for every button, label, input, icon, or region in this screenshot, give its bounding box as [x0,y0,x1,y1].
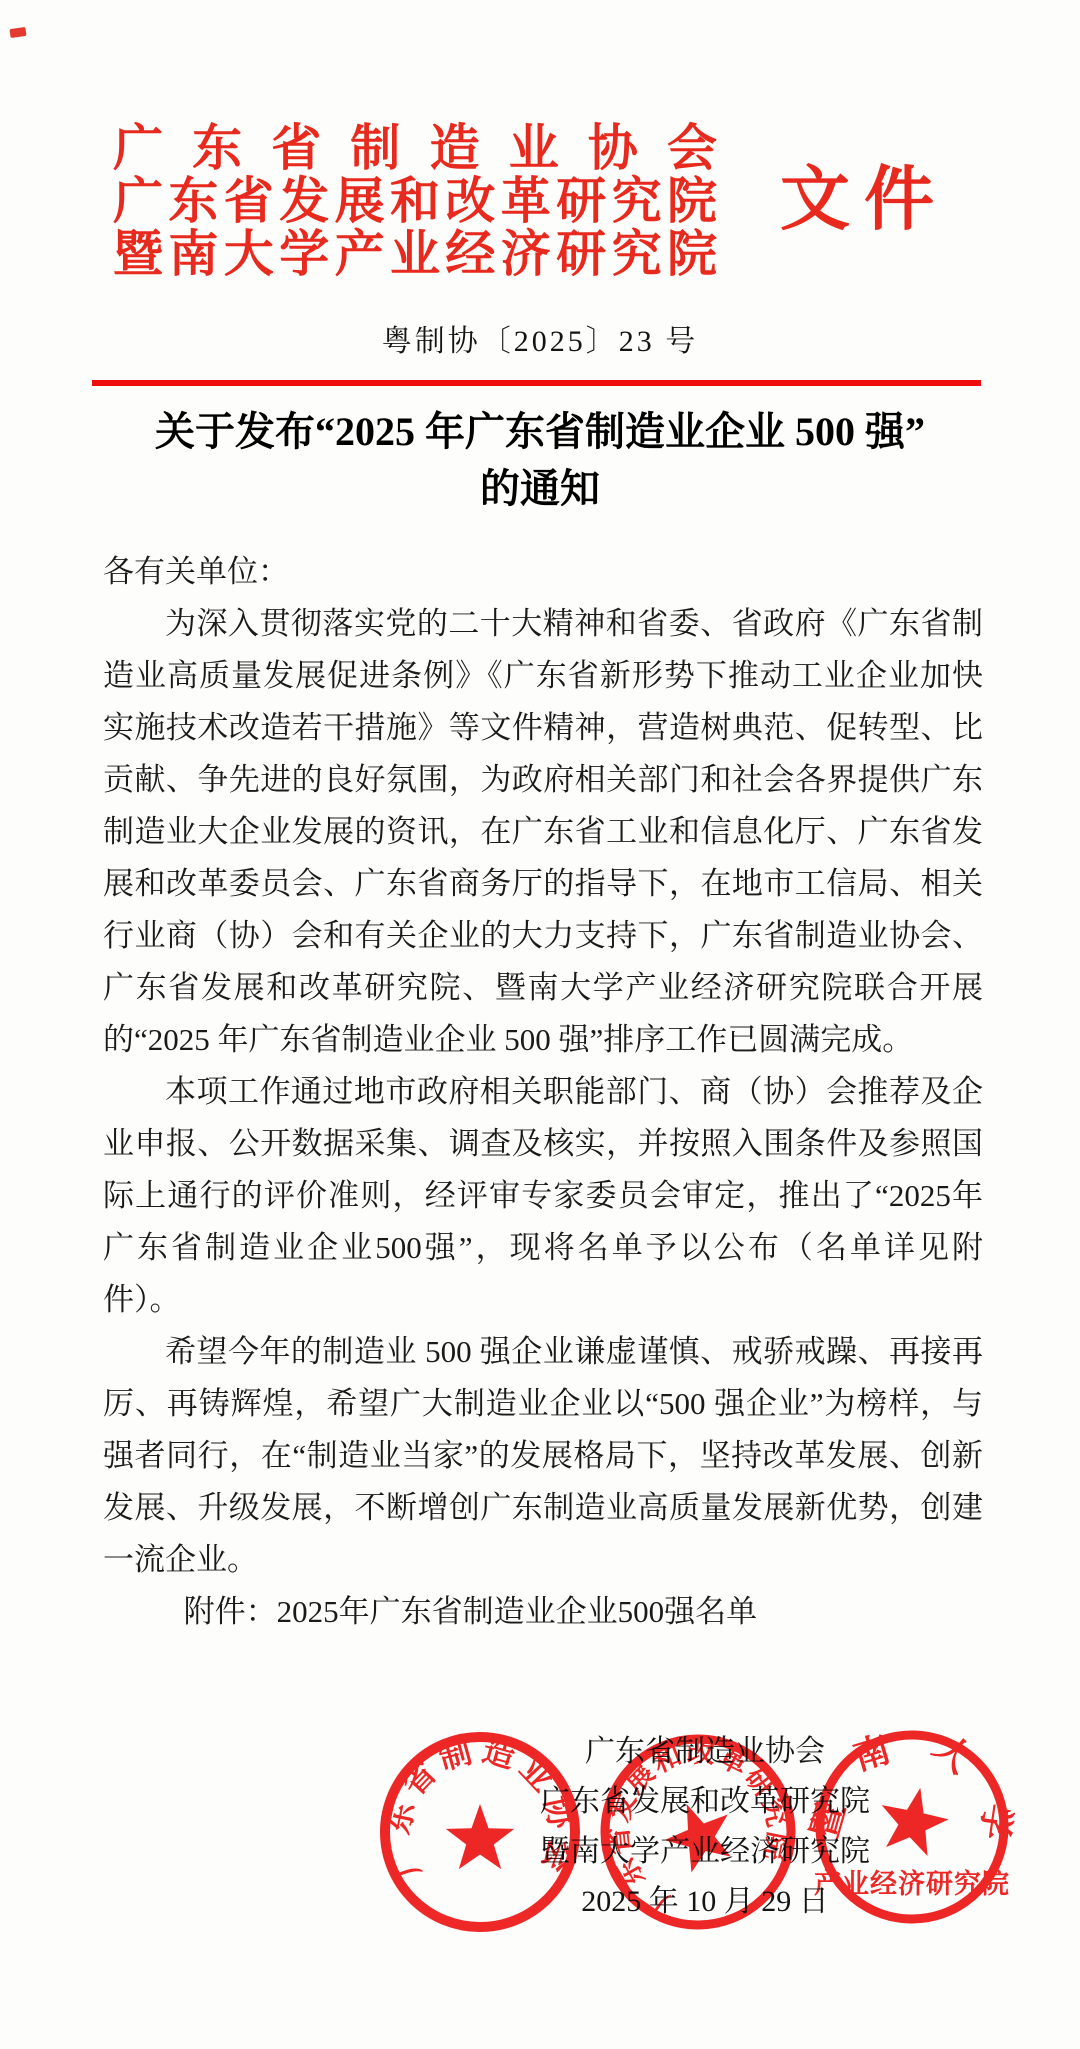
document-title: 关于发布“2025 年广东省制造业企业 500 强” 的通知 [0,403,1080,517]
salutation: 各有关单位： [103,546,983,598]
letterhead-org-3: 暨南大学产业经济研究院 [113,228,717,281]
letterhead: 广东省制造业协会 广东省发展和改革研究院 暨南大学产业经济研究院 [113,122,717,281]
paragraph-1: 为深入贯彻落实党的二十大精神和省委、省政府《广东省制造业高质量发展促进条例》《广… [103,598,983,1066]
document-title-line2: 的通知 [0,460,1080,517]
seal-star-icon [873,1781,953,1859]
seal-star-icon [446,1804,514,1869]
document-title-line1: 关于发布“2025 年广东省制造业企业 500 强” [0,403,1080,460]
letterhead-document-label: 文件 [780,156,1000,246]
scan-artifact [9,27,26,38]
document-body: 各有关单位： 为深入贯彻落实党的二十大精神和省委、省政府《广东省制造业高质量发展… [103,546,983,1638]
signature-org-1: 广东省制造业协会 [540,1727,870,1777]
letterhead-org-1: 广东省制造业协会 [113,122,717,175]
paragraph-2: 本项工作通过地市政府相关职能部门、商（协）会推荐及企业申报、公开数据采集、调查及… [103,1066,983,1326]
signature-date: 2025 年 10 月 29 日 [540,1877,870,1927]
paragraph-3: 希望今年的制造业 500 强企业谦虚谨慎、戒骄戒躁、再接再厉、再铸辉煌，希望广大… [103,1326,983,1586]
letterhead-org-2: 广东省发展和改革研究院 [113,175,717,228]
signature-org-3: 暨南大学产业经济研究院 [540,1827,870,1877]
document-number: 粤制协〔2025〕23 号 [0,316,1080,360]
official-document-page: 广东省制造业协会 广东省发展和改革研究院 暨南大学产业经济研究院 文件 粤制协〔… [0,0,1080,2049]
signature-block: 广东省制造业协会 广东省发展和改革研究院 暨南大学产业经济研究院 2025 年 … [540,1727,870,1927]
signature-org-2: 广东省发展和改革研究院 [540,1777,870,1827]
red-divider-line [92,380,981,386]
attachment-line: 附件：2025年广东省制造业企业500强名单 [103,1586,983,1638]
